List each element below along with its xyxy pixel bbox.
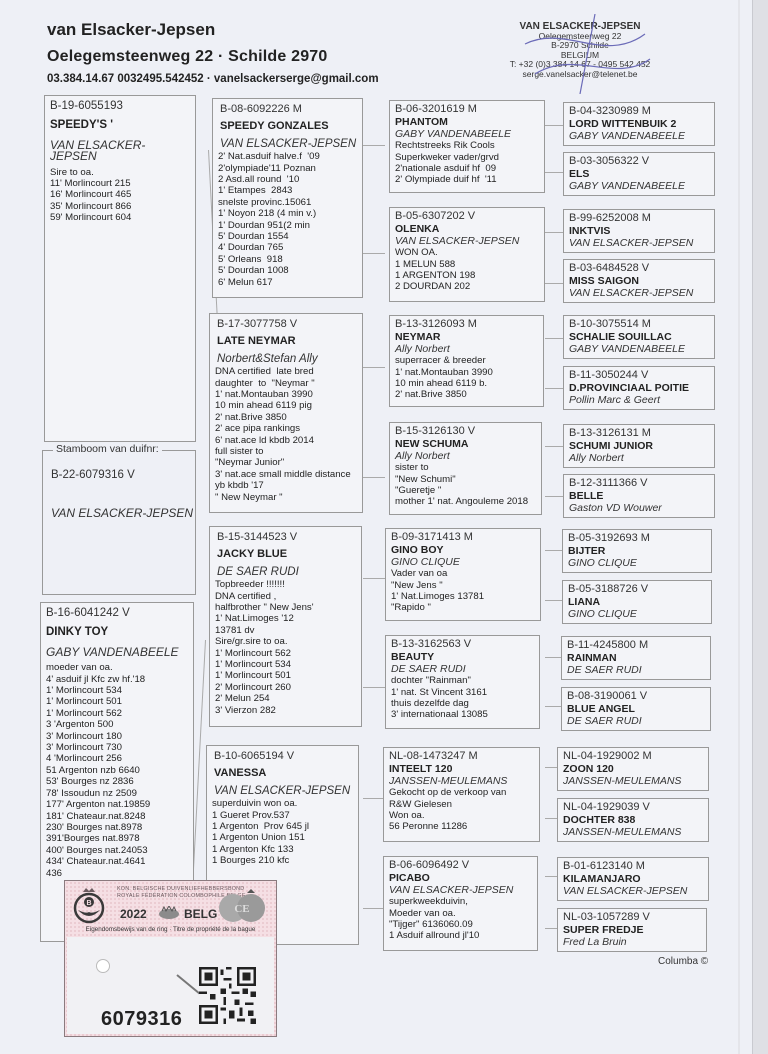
ring-number: B-03-6484528 V bbox=[569, 263, 709, 274]
pigeon-notes: Topbreeder !!!!!!! DNA certified , halfb… bbox=[215, 579, 356, 716]
connector-line bbox=[363, 367, 385, 368]
breeder-name: GABY VANDENABEELE bbox=[569, 181, 709, 192]
page-edge bbox=[752, 0, 768, 1054]
breeder-name: JANSSEN-MEULEMANS bbox=[389, 776, 534, 787]
pedigree-card[interactable]: B-08-6092226 M SPEEDY GONZALES VAN ELSAC… bbox=[212, 98, 363, 298]
connector-line bbox=[545, 172, 563, 173]
page-edge-shadow bbox=[738, 0, 740, 1054]
breeder-name: Ally Norbert bbox=[395, 451, 536, 462]
ring-number: B-11-3050244 V bbox=[569, 370, 709, 381]
breeder-name: Fred La Bruin bbox=[563, 937, 701, 948]
breeder-name: GINO CLIQUE bbox=[391, 557, 535, 568]
ring-number: B-17-3077758 V bbox=[217, 319, 357, 330]
breeder-name: DE SAER RUDI bbox=[217, 567, 356, 578]
connector-line bbox=[363, 908, 385, 909]
ring-number: NL-04-1929039 V bbox=[563, 802, 703, 813]
pigeon-notes: superracer & breeder 1' nat.Montauban 39… bbox=[395, 355, 538, 401]
pedigree-card[interactable]: B-10-3075514 M SCHALIE SOUILLAC GABY VAN… bbox=[563, 315, 715, 359]
breeder-name: Gaston VD Wouwer bbox=[569, 503, 709, 514]
pigeon-name: LATE NEYMAR bbox=[217, 336, 357, 347]
pedigree-card[interactable]: B-05-3188726 V LIANA GINO CLIQUE bbox=[562, 580, 712, 624]
breeder-name: GABY VANDENABEELE bbox=[46, 647, 188, 658]
breeder-name: DE SAER RUDI bbox=[391, 664, 534, 675]
breeder-name: GINO CLIQUE bbox=[568, 558, 706, 569]
ring-ownership-card: B KON. BELGISCHE DUIVENLIEFHEBBERSBOND R… bbox=[64, 880, 277, 1037]
connector-line bbox=[363, 578, 385, 579]
breeder-name: VAN ELSACKER-JEPSEN bbox=[50, 140, 190, 163]
pedigree-card[interactable]: B-15-3126130 V NEW SCHUMA Ally Norbert s… bbox=[389, 422, 542, 515]
breeder-name: GABY VANDENABEELE bbox=[395, 129, 539, 140]
crown-icon bbox=[158, 906, 180, 920]
ring-number: B-05-3188726 V bbox=[568, 584, 706, 595]
software-credit: Columba © bbox=[658, 956, 708, 967]
ring-number: B-16-6041242 V bbox=[46, 608, 188, 619]
pedigree-card[interactable]: B-17-3077758 V LATE NEYMAR Norbert&Stefa… bbox=[209, 313, 363, 513]
ring-number: B-06-3201619 M bbox=[395, 104, 539, 115]
globe-logo-icon: CE bbox=[217, 887, 267, 923]
pedigree-card[interactable]: B-06-3201619 M PHANTOM GABY VANDENABEELE… bbox=[389, 100, 545, 193]
connector-line bbox=[363, 687, 385, 688]
ring-number: B-03-3056322 V bbox=[569, 156, 709, 167]
ring-number: B-09-3171413 M bbox=[391, 532, 535, 543]
signature-icon bbox=[505, 14, 655, 94]
pedigree-card[interactable]: NL-08-1473247 M INTEELT 120 JANSSEN-MEUL… bbox=[383, 747, 540, 842]
ring-number: B-13-3126131 M bbox=[569, 428, 709, 439]
ring-number: B-99-6252008 M bbox=[569, 213, 709, 224]
pedigree-card[interactable]: B-03-3056322 V ELS GABY VANDENABEELE bbox=[563, 152, 715, 196]
breeder-name: DE SAER RUDI bbox=[567, 665, 705, 676]
ring-number: B-08-6092226 M bbox=[220, 104, 357, 115]
pigeon-notes: Sire to oa. 11' Morlincourt 215 16' Morl… bbox=[50, 167, 190, 224]
connector-line bbox=[545, 550, 563, 551]
pedigree-card[interactable]: B-03-6484528 V MISS SAIGON VAN ELSACKER-… bbox=[563, 259, 715, 303]
connector-line bbox=[545, 283, 563, 284]
svg-text:CE: CE bbox=[234, 903, 249, 915]
pigeon-notes: sister to "New Schumi" "Gueretje " mothe… bbox=[395, 462, 536, 508]
ring-number: B-01-6123140 M bbox=[563, 861, 703, 872]
connector-line bbox=[545, 232, 563, 233]
pedigree-card[interactable]: B-11-4245800 M RAINMAN DE SAER RUDI bbox=[561, 636, 711, 680]
pedigree-card[interactable]: B-06-6096492 V PICABO VAN ELSACKER-JEPSE… bbox=[383, 856, 538, 951]
connector-line bbox=[363, 145, 385, 146]
breeder-name: Ally Norbert bbox=[395, 344, 538, 355]
pedigree-card[interactable]: B-13-3126093 M NEYMAR Ally Norbert super… bbox=[389, 315, 544, 407]
connector-line bbox=[363, 253, 385, 254]
pedigree-card[interactable]: NL-03-1057289 V SUPER FREDJE Fred La Bru… bbox=[557, 908, 707, 952]
breeder-name: VAN ELSACKER-JEPSEN bbox=[214, 786, 353, 797]
connector-line bbox=[545, 338, 563, 339]
ring-number: NL-04-1929002 M bbox=[563, 751, 703, 762]
subject-breeder: VAN ELSACKER-JEPSEN bbox=[51, 506, 193, 520]
ring-number: B-11-4245800 M bbox=[567, 640, 705, 651]
pedigree-card[interactable]: B-12-3111366 V BELLE Gaston VD Wouwer bbox=[563, 474, 715, 518]
pigeon-notes: DNA certified late bred daughter to "Ney… bbox=[215, 366, 357, 503]
breeder-name: VAN ELSACKER-JEPSEN bbox=[569, 238, 709, 249]
breeder-name: VAN ELSACKER-JEPSEN bbox=[220, 139, 357, 150]
pigeon-name: SPEEDY GONZALES bbox=[220, 121, 357, 132]
ring-number: B-13-3162563 V bbox=[391, 639, 534, 650]
subject-legend: Stamboom van duifnr: bbox=[53, 443, 162, 455]
breeder-name: VAN ELSACKER-JEPSEN bbox=[563, 886, 703, 897]
breeder-name: GABY VANDENABEELE bbox=[569, 131, 709, 142]
connector-line bbox=[545, 446, 563, 447]
breeder-name: Norbert&Stefan Ally bbox=[217, 354, 357, 365]
subject-ring-number: B-22-6079316 V bbox=[51, 469, 135, 481]
ring-number: B-12-3111366 V bbox=[569, 478, 709, 489]
pedigree-card[interactable]: NL-04-1929039 V DOCHTER 838 JANSSEN-MEUL… bbox=[557, 798, 709, 842]
owner-name: van Elsacker-Jepsen bbox=[47, 20, 215, 40]
ring-number: B-05-6307202 V bbox=[395, 211, 539, 222]
breeder-name: GINO CLIQUE bbox=[568, 609, 706, 620]
pedigree-card[interactable]: B-13-3162563 V BEAUTY DE SAER RUDI docht… bbox=[385, 635, 540, 729]
breeder-name: JANSSEN-MEULEMANS bbox=[563, 776, 703, 787]
pedigree-card[interactable]: B-05-6307202 V OLENKA VAN ELSACKER-JEPSE… bbox=[389, 207, 545, 302]
pigeon-notes: Rechtstreeks Rik Cools Superkweker vader… bbox=[395, 140, 539, 186]
federation-logo-icon: B bbox=[72, 886, 106, 924]
punch-hole-icon bbox=[96, 959, 110, 973]
owner-stamp: VAN ELSACKER-JEPSEN Oelegemsteenweg 22 B… bbox=[505, 22, 655, 79]
pedigree-card[interactable]: B-08-3190061 V BLUE ANGEL DE SAER RUDI bbox=[561, 687, 711, 731]
owner-address: Oelegemsteenweg 22 · Schilde 2970 bbox=[47, 48, 328, 66]
pedigree-card[interactable]: B-04-3230989 M LORD WITTENBUIK 2 GABY VA… bbox=[563, 102, 715, 146]
breeder-name: VAN ELSACKER-JEPSEN bbox=[569, 288, 709, 299]
ring-number: NL-08-1473247 M bbox=[389, 751, 534, 762]
breeder-name: Ally Norbert bbox=[569, 453, 709, 464]
pedigree-card[interactable]: B-11-3050244 V D.PROVINCIAAL POITIE Poll… bbox=[563, 366, 715, 410]
ring-number: B-19-6055193 bbox=[50, 101, 190, 112]
ring-number: B-13-3126093 M bbox=[395, 319, 538, 330]
breeder-name: Pollin Marc & Geert bbox=[569, 395, 709, 406]
connector-line bbox=[545, 600, 563, 601]
ring-country: BELG bbox=[184, 907, 217, 921]
ring-card-subtitle: Eigendomsbewijs van de ring · Titre de p… bbox=[65, 926, 276, 933]
subject-card: Stamboom van duifnr: B-22-6079316 V VAN … bbox=[42, 450, 196, 595]
connector-line bbox=[363, 477, 385, 478]
pigeon-notes: 2' Nat.asduif halve.f '09 2'olympiade'11… bbox=[218, 151, 357, 288]
pigeon-notes: WON OA. 1 MELUN 588 1 ARGENTON 198 2 DOU… bbox=[395, 247, 539, 293]
owner-contact: 03.384.14.67 0032495.542452 · vanelsacke… bbox=[47, 73, 379, 85]
connector-line bbox=[545, 125, 563, 126]
qr-code-icon bbox=[199, 967, 256, 1024]
ring-number: B-04-3230989 M bbox=[569, 106, 709, 117]
pedigree-card[interactable]: B-01-6123140 M KILAMANJARO VAN ELSACKER-… bbox=[557, 857, 709, 901]
pigeon-notes: superkweekduivin, Moeder van oa. "Tijger… bbox=[389, 896, 532, 942]
breeder-name: DE SAER RUDI bbox=[567, 716, 705, 727]
ring-number: B-08-3190061 V bbox=[567, 691, 705, 702]
pigeon-name: VANESSA bbox=[214, 768, 353, 779]
connector-line bbox=[545, 388, 563, 389]
ring-number: NL-03-1057289 V bbox=[563, 912, 701, 923]
pigeon-notes: Gekocht op de verkoop van R&W Gielesen W… bbox=[389, 787, 534, 833]
breeder-name: VAN ELSACKER-JEPSEN bbox=[395, 236, 539, 247]
pedigree-card[interactable]: B-05-3192693 M BIJTER GINO CLIQUE bbox=[562, 529, 712, 573]
svg-text:B: B bbox=[86, 900, 91, 907]
ring-number: B-15-3126130 V bbox=[395, 426, 536, 437]
ring-number: B-15-3144523 V bbox=[217, 532, 356, 543]
pigeon-notes: moeder van oa. 4' asduif jl Kfc zw hf.'1… bbox=[46, 662, 188, 879]
ring-number: B-06-6096492 V bbox=[389, 860, 532, 871]
connector-line bbox=[545, 496, 563, 497]
ring-number: B-05-3192693 M bbox=[568, 533, 706, 544]
pedigree-card[interactable]: B-13-3126131 M SCHUMI JUNIOR Ally Norber… bbox=[563, 424, 715, 468]
ring-number: B-10-3075514 M bbox=[569, 319, 709, 330]
pigeon-name: JACKY BLUE bbox=[217, 549, 356, 560]
pedigree-card[interactable]: B-99-6252008 M INKTVIS VAN ELSACKER-JEPS… bbox=[563, 209, 715, 253]
ring-number: B-10-6065194 V bbox=[214, 751, 353, 762]
pigeon-notes: Vader van oa "New Jens " 1' Nat.Limoges … bbox=[391, 568, 535, 614]
pigeon-name: DINKY TOY bbox=[46, 627, 188, 638]
ring-year: 2022 bbox=[120, 907, 147, 921]
pigeon-notes: dochter "Rainman" 1' nat. St Vincent 316… bbox=[391, 675, 534, 721]
pedigree-card[interactable]: NL-04-1929002 M ZOON 120 JANSSEN-MEULEMA… bbox=[557, 747, 709, 791]
pedigree-card[interactable]: B-15-3144523 V JACKY BLUE DE SAER RUDI T… bbox=[209, 526, 362, 727]
ring-number-large: 6079316 bbox=[101, 1008, 182, 1031]
pigeon-name: SPEEDY'S ' bbox=[50, 120, 190, 131]
connector-line bbox=[363, 798, 385, 799]
breeder-name: GABY VANDENABEELE bbox=[569, 344, 709, 355]
pedigree-card[interactable]: B-09-3171413 M GINO BOY GINO CLIQUE Vade… bbox=[385, 528, 541, 621]
breeder-name: VAN ELSACKER-JEPSEN bbox=[389, 885, 532, 896]
sire-card[interactable]: B-19-6055193 SPEEDY'S ' VAN ELSACKER-JEP… bbox=[44, 95, 196, 442]
breeder-name: JANSSEN-MEULEMANS bbox=[563, 827, 703, 838]
